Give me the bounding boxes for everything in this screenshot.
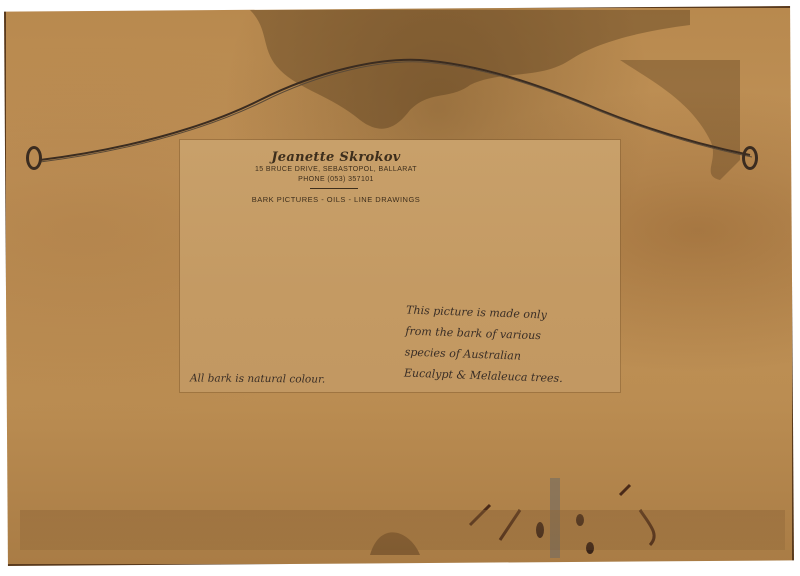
- left-eye-hook-icon: [26, 146, 42, 170]
- right-eye-hook-icon: [742, 146, 758, 170]
- hanging-wire: [0, 0, 800, 576]
